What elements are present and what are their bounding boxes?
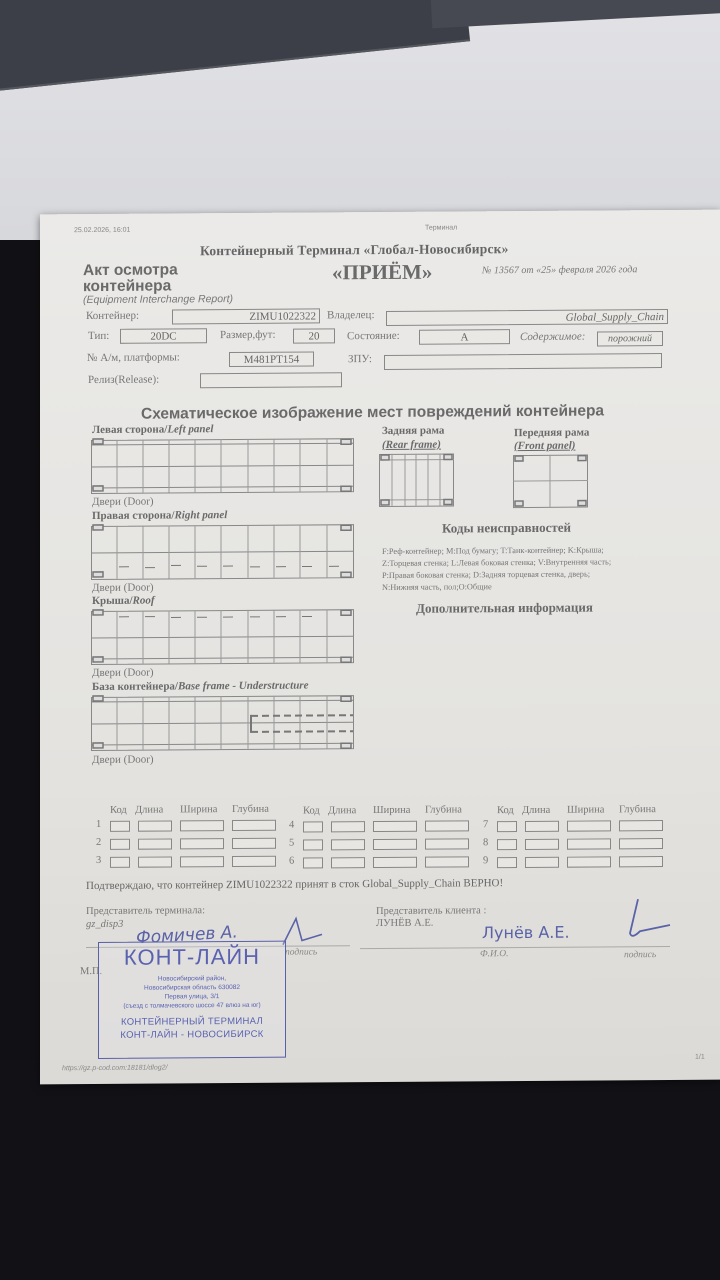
damage-depth-field[interactable] xyxy=(619,856,663,867)
condition-field[interactable]: A xyxy=(419,329,510,345)
front-frame-label: Передняя рама xyxy=(514,427,589,440)
damage-row-number: 6 xyxy=(289,855,294,866)
seal-field[interactable] xyxy=(384,353,662,370)
damage-table-header: Код xyxy=(497,805,514,816)
right-panel-label: Правая сторона/Right panel xyxy=(92,509,227,522)
client-handwritten-name: Лунёв А.Е. xyxy=(482,923,570,943)
damage-table-header: Ширина xyxy=(373,804,410,815)
rear-frame-diagram[interactable] xyxy=(378,451,458,510)
damage-code-field[interactable] xyxy=(497,857,517,868)
damage-table-header: Код xyxy=(110,805,127,816)
damage-table-header: Длина xyxy=(522,805,550,816)
base-frame-door-label: Двери (Door) xyxy=(92,754,154,766)
owner-label: Владелец: xyxy=(327,309,375,321)
company-stamp: КОНТ-ЛАЙН Новосибирский район, Новосибир… xyxy=(98,941,286,1059)
damage-length-field[interactable] xyxy=(138,856,172,867)
print-datetime: 25.02.2026, 16:01 xyxy=(74,227,130,234)
damage-code-field[interactable] xyxy=(497,821,517,832)
damage-table-header: Глубина xyxy=(232,804,269,815)
additional-info-title: Дополнительная информация xyxy=(416,600,593,617)
vehicle-field[interactable]: M481PT154 xyxy=(229,351,314,367)
base-frame-label: База контейнера/Base frame - Understruct… xyxy=(92,679,308,693)
vehicle-label: № А/м, платформы: xyxy=(87,351,180,364)
client-signature-line xyxy=(360,946,670,949)
terminal-rep-login: gz_disp3 xyxy=(86,919,123,930)
damage-length-field[interactable] xyxy=(331,857,365,868)
damage-length-field[interactable] xyxy=(525,821,559,832)
container-label: Контейнер: xyxy=(86,310,139,322)
fio-caption: Ф.И.О. xyxy=(480,949,509,959)
operation-type: «ПРИЁМ» xyxy=(332,260,432,286)
dark-desk-surface xyxy=(0,1060,720,1280)
seal-label: ЗПУ: xyxy=(348,353,372,365)
damage-row-number: 4 xyxy=(289,819,294,830)
footer-url: https://gz.p-cod.com:18181/dlog2/ xyxy=(62,1064,167,1072)
damage-length-field[interactable] xyxy=(331,839,365,850)
damage-code-field[interactable] xyxy=(110,857,130,868)
damage-depth-field[interactable] xyxy=(425,820,469,831)
act-subtitle: (Equipment Interchange Report) xyxy=(83,293,233,306)
damage-row-number: 8 xyxy=(483,837,488,848)
right-panel-diagram[interactable] xyxy=(91,521,356,583)
right-panel-door-label: Двери (Door) xyxy=(92,582,154,594)
damage-depth-field[interactable] xyxy=(619,820,663,831)
left-panel-door-label: Двери (Door) xyxy=(92,496,154,508)
terminal-signature-caption: подпись xyxy=(285,947,317,957)
damage-length-field[interactable] xyxy=(138,838,172,849)
damage-table-header: Длина xyxy=(135,805,163,816)
type-field[interactable]: 20DC xyxy=(120,328,207,344)
company-title: Контейнерный Терминал «Глобал-Новосибирс… xyxy=(200,241,509,259)
owner-field[interactable]: Global_Supply_Chain xyxy=(386,309,668,326)
client-rep-name: ЛУНЁВ А.Е. xyxy=(376,918,433,929)
page-number: 1/1 xyxy=(695,1054,705,1061)
print-header-label: Терминал xyxy=(425,224,457,231)
damage-table-header: Код xyxy=(303,805,320,816)
stamp-bottom: КОНТЕЙНЕРНЫЙ ТЕРМИНАЛ КОНТ-ЛАЙН - НОВОСИ… xyxy=(99,1015,285,1042)
damage-length-field[interactable] xyxy=(138,820,172,831)
damage-depth-field[interactable] xyxy=(232,820,276,831)
roof-diagram[interactable] xyxy=(91,606,356,668)
damage-row-number: 9 xyxy=(483,855,488,866)
base-frame-diagram[interactable] xyxy=(91,692,356,754)
damage-table-header: Ширина xyxy=(567,804,604,815)
terminal-rep-label: Представитель терминала: xyxy=(86,905,205,917)
size-field[interactable]: 20 xyxy=(293,328,335,343)
damage-width-field[interactable] xyxy=(180,856,224,867)
damage-width-field[interactable] xyxy=(373,820,417,831)
client-rep-label: Представитель клиента : xyxy=(376,905,486,917)
rear-frame-label-en: (Rear frame) xyxy=(382,439,441,451)
damage-width-field[interactable] xyxy=(373,856,417,867)
container-number-field[interactable]: ZIMU1022322 xyxy=(172,308,320,324)
fault-code-line: N:Нижняя часть, пол;O:Общие xyxy=(382,580,611,594)
damage-length-field[interactable] xyxy=(525,857,559,868)
release-label: Релиз(Release): xyxy=(88,374,159,386)
client-signature xyxy=(610,895,680,945)
act-title-line2: контейнера xyxy=(83,277,171,295)
damage-row-number: 7 xyxy=(483,819,488,830)
left-panel-label: Левая сторона/Left panel xyxy=(92,423,213,436)
front-frame-label-en: (Front panel) xyxy=(514,440,575,452)
fault-codes-title: Коды неисправностей xyxy=(442,520,571,537)
contents-field[interactable]: порожний xyxy=(597,331,663,346)
damage-width-field[interactable] xyxy=(373,838,417,849)
confirmation-text: Подтверждаю, что контейнер ZIMU1022322 п… xyxy=(86,877,503,892)
rear-frame-label: Задняя рама xyxy=(382,425,444,437)
damage-code-field[interactable] xyxy=(110,839,130,850)
stamp-name: КОНТ-ЛАЙН xyxy=(99,944,285,971)
front-frame-diagram[interactable] xyxy=(512,453,592,512)
size-label: Размер,фут: xyxy=(220,329,276,341)
fault-code-line: P:Правая боковая стенка; D:Задняя торцев… xyxy=(382,568,611,582)
damage-width-field[interactable] xyxy=(567,838,611,849)
schematic-title: Схематическое изображение мест поврежден… xyxy=(141,402,604,423)
damage-width-field[interactable] xyxy=(567,820,611,831)
damage-depth-field[interactable] xyxy=(232,838,276,849)
damage-code-field[interactable] xyxy=(303,857,323,868)
stamp-address: Новосибирский район, Новосибирская облас… xyxy=(99,974,285,1011)
damage-row-number: 5 xyxy=(289,837,294,848)
damage-code-field[interactable] xyxy=(303,839,323,850)
damage-table-header: Глубина xyxy=(619,804,656,815)
damage-code-field[interactable] xyxy=(497,839,517,850)
damage-row-number: 3 xyxy=(96,855,101,866)
damage-depth-field[interactable] xyxy=(619,838,663,849)
type-label: Тип: xyxy=(88,330,109,342)
damage-depth-field[interactable] xyxy=(232,856,276,867)
damage-depth-field[interactable] xyxy=(425,838,469,849)
client-signature-caption: подпись xyxy=(624,950,656,960)
damage-table-header: Глубина xyxy=(425,804,462,815)
damage-depth-field[interactable] xyxy=(425,856,469,867)
damage-length-field[interactable] xyxy=(525,839,559,850)
contents-label: Содержимое: xyxy=(520,331,585,343)
release-field[interactable] xyxy=(200,372,342,388)
roof-door-label: Двери (Door) xyxy=(92,667,154,679)
roof-label: Крыша/Roof xyxy=(92,595,155,607)
document-number: № 13567 от «25» февраля 2026 года xyxy=(482,264,637,276)
damage-code-field[interactable] xyxy=(303,821,323,832)
left-panel-diagram[interactable] xyxy=(91,435,356,497)
damage-width-field[interactable] xyxy=(180,820,224,831)
damage-table-header: Ширина xyxy=(180,804,217,815)
condition-label: Состояние: xyxy=(347,330,400,342)
damage-table-header: Длина xyxy=(328,805,356,816)
inspection-report-sheet: 25.02.2026, 16:01 Терминал Контейнерный … xyxy=(40,210,720,1085)
damage-length-field[interactable] xyxy=(331,821,365,832)
damage-code-field[interactable] xyxy=(110,821,130,832)
fault-codes-list: F:Реф-контейнер; M:Под бумагу; T:Танк-ко… xyxy=(382,544,611,594)
damage-width-field[interactable] xyxy=(180,838,224,849)
damage-row-number: 2 xyxy=(96,837,101,848)
damage-width-field[interactable] xyxy=(567,856,611,867)
act-title-line1: Акт осмотра xyxy=(83,261,178,279)
damage-row-number: 1 xyxy=(96,819,101,830)
